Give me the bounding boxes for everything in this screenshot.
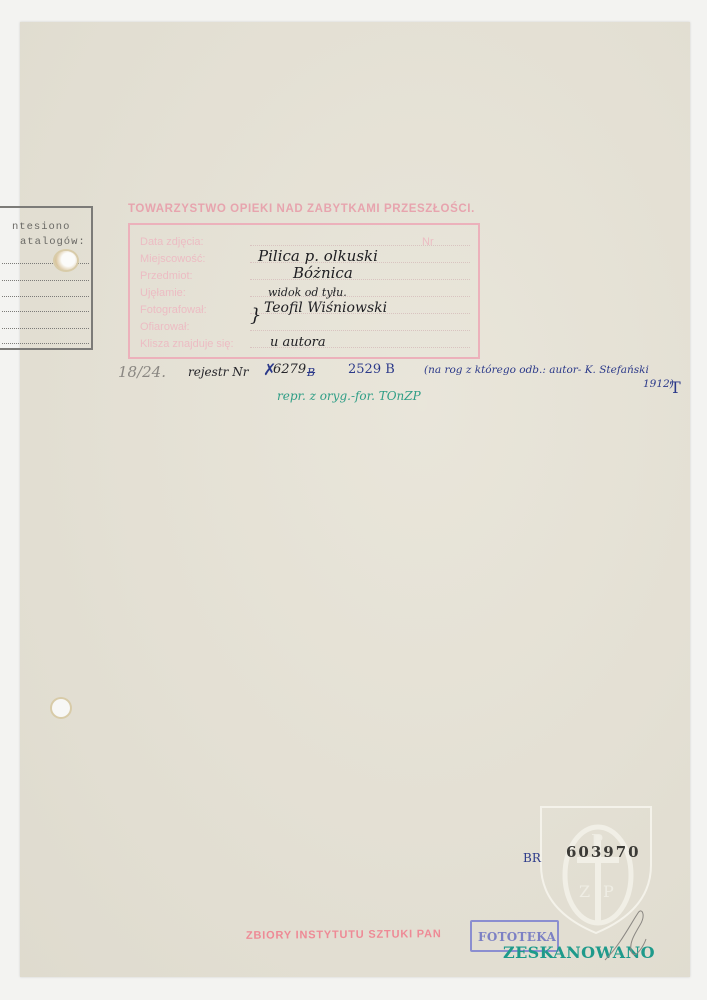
svg-text:Z: Z — [579, 882, 590, 901]
view-value: widok od tyłu. — [268, 286, 347, 299]
inventory-prefix: BR — [523, 851, 541, 865]
toz-stamp-box: Data zdjęcia: Nr Miejscowość: Pilica p. … — [128, 223, 480, 359]
inventory-number: 603970 — [566, 843, 641, 861]
signature-scribble-icon — [600, 905, 650, 965]
field-subject: Przedmiot: Bóżnica — [140, 265, 470, 282]
field-negative-location: Klisza znajduje się: u autora — [140, 333, 470, 350]
location-value: Pilica p. olkuski — [258, 247, 378, 265]
photographer-value: Teofil Wiśniowski — [264, 300, 387, 316]
negative-location-value: u autora — [270, 335, 326, 350]
pencil-fraction: 18/24. — [118, 363, 166, 381]
register-suffix: B — [307, 366, 315, 379]
field-location: Miejscowość: Pilica p. olkuski — [140, 248, 470, 265]
green-note: repr. z oryg.-for. TOnZP — [277, 389, 421, 403]
register-number: 6279 — [273, 362, 306, 377]
catalog-label-2: atalogów: — [20, 236, 86, 248]
field-view: Ujęłamie: widok od tyłu. — [140, 282, 470, 299]
blue-number: 2529 B — [348, 362, 395, 377]
catalog-label-1: ntesiono — [12, 221, 70, 233]
punch-hole-icon — [55, 251, 77, 270]
register-prefix: rejestr Nr — [188, 365, 248, 379]
toz-stamp-title: TOWARZYSTWO OPIEKI NAD ZABYTKAMI PRZESZŁ… — [128, 203, 475, 215]
svg-text:P: P — [603, 882, 614, 901]
field-photographer: Fotografował: } Teofil Wiśniowski — [140, 299, 470, 316]
field-date: Data zdjęcia: Nr — [140, 231, 470, 248]
field-donor: Ofiarował: — [140, 316, 470, 333]
institute-stamp: ZBIORY INSTYTUTU SZTUKI PAN — [246, 928, 442, 942]
blue-note: (na rog z którego odb.: autor- K. Stefań… — [424, 364, 649, 376]
catalog-stamp: ntesiono atalogów: — [0, 206, 93, 350]
blue-mark: T — [670, 378, 681, 397]
punch-hole-icon — [52, 699, 70, 717]
subject-value: Bóżnica — [293, 264, 353, 282]
